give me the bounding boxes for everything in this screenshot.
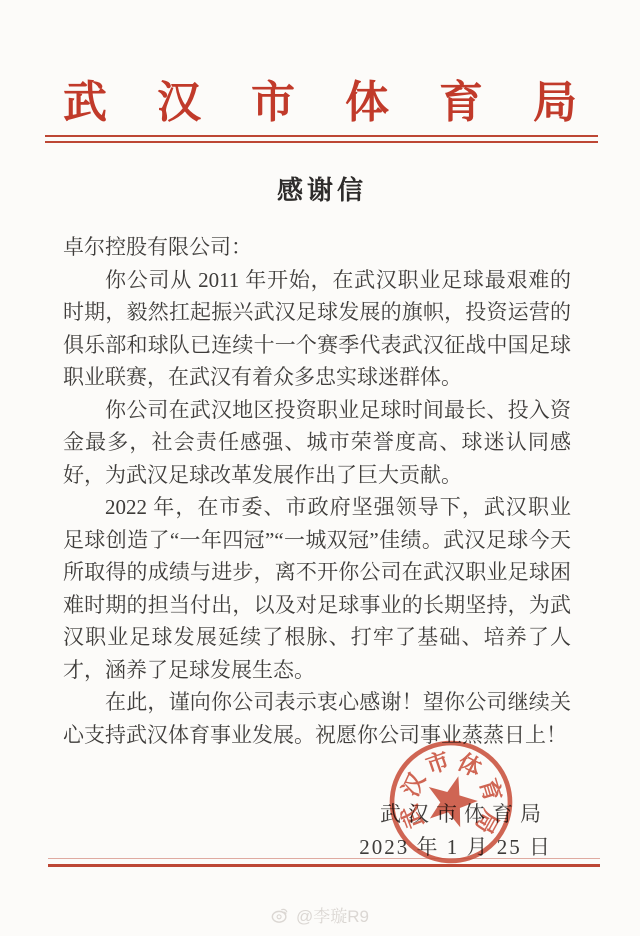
paragraph: 2022 年，在市委、市政府坚强领导下，武汉职业足球创造了“一年四冠”“一城双冠… xyxy=(63,491,571,686)
watermark: @李璇R9 xyxy=(0,902,640,927)
weibo-icon xyxy=(271,906,289,924)
red-star-icon xyxy=(426,774,479,828)
letterhead-org-name: 武汉市体育局 xyxy=(0,66,640,130)
paragraph: 你公司在武汉地区投资职业足球时间最长、投入资金最多，社会责任感强、城市荣誉度高、… xyxy=(63,394,571,492)
svg-text:汉: 汉 xyxy=(398,769,430,800)
svg-text:武: 武 xyxy=(397,801,429,831)
letter-title: 感谢信 xyxy=(0,170,640,207)
paragraph: 你公司从 2011 年开始，在武汉职业足球最艰难的时期，毅然扛起振兴武汉足球发展… xyxy=(63,264,571,394)
footer-divider xyxy=(48,858,600,867)
official-seal: 武汉市体育局 xyxy=(379,730,522,873)
letterhead-divider xyxy=(45,135,598,143)
svg-text:育: 育 xyxy=(475,775,507,804)
letter-page: 武汉市体育局 感谢信 卓尔控股有限公司： 你公司从 2011 年开始，在武汉职业… xyxy=(0,0,640,936)
svg-text:体: 体 xyxy=(454,749,486,782)
watermark-handle: @李璇R9 xyxy=(296,902,369,927)
svg-text:市: 市 xyxy=(423,748,453,779)
letter-body: 卓尔控股有限公司： 你公司从 2011 年开始，在武汉职业足球最艰难的时期，毅然… xyxy=(63,231,571,751)
salutation: 卓尔控股有限公司： xyxy=(63,231,571,264)
